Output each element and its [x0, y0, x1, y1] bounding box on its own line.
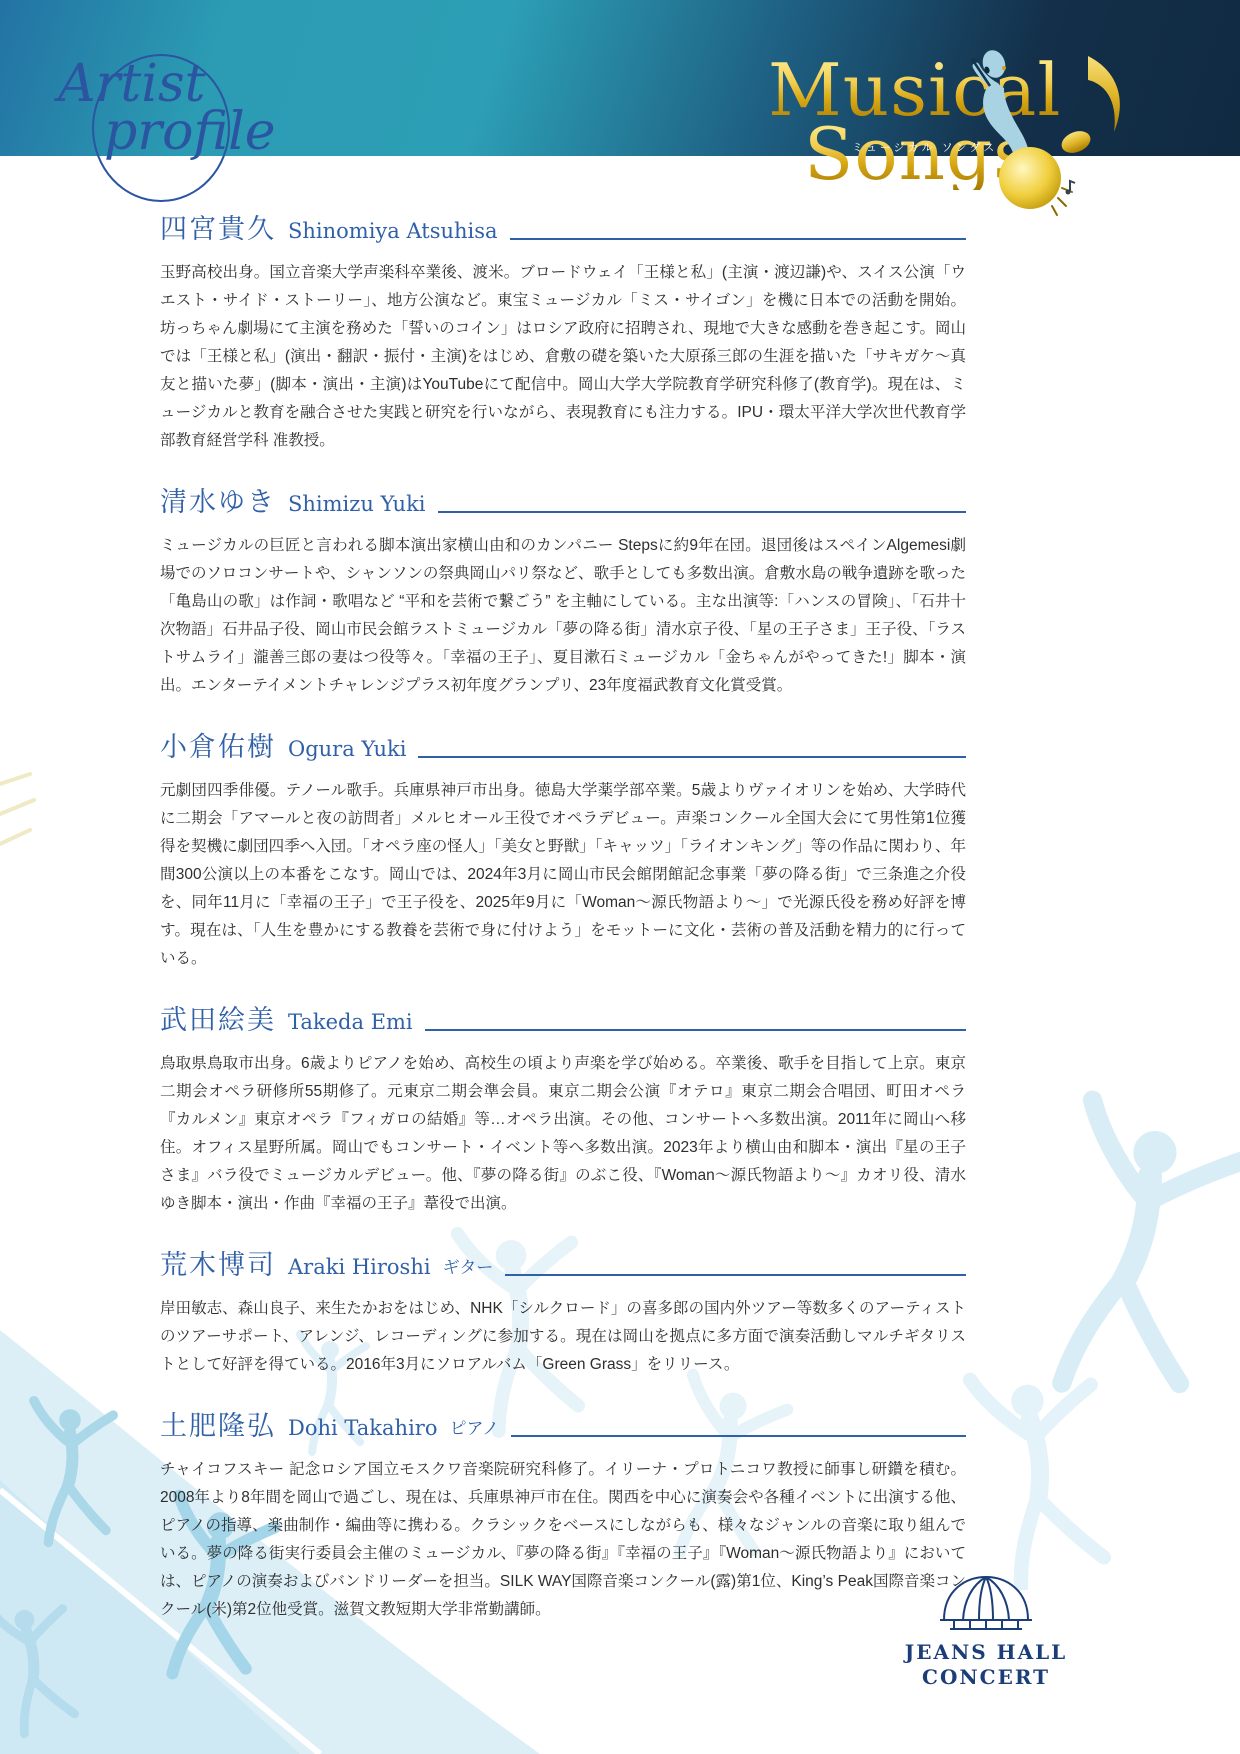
artist-name-ja: 清水ゆき [160, 489, 276, 516]
artist-name-ja: 荒木博司 [160, 1252, 276, 1279]
artist-name-en: Ogura Yuki [288, 739, 406, 761]
eighth-note-icon [1058, 56, 1120, 157]
artist-bio: 鳥取県鳥取市出身。6歳よりピアノを始め、高校生の頃より声楽を学び始める。卒業後、… [160, 1050, 966, 1218]
artist-role: ギター [443, 1260, 494, 1279]
artist-bio: チャイコフスキー 記念ロシア国立モスクワ音楽院研究科修了。イリーナ・プロトニコワ… [160, 1456, 966, 1624]
artist-bio: 元劇団四季俳優。テノール歌手。兵庫県神戸市出身。徳島大学薬学部卒業。5歳よりヴァ… [160, 777, 966, 973]
artist-profile-logo: Artist profile [0, 0, 330, 230]
venue-name-line2: CONCERT [898, 1665, 1074, 1690]
venue-logo: JEANS HALL CONCERT [898, 1572, 1074, 1690]
artist-section-araki: 荒木博司 Araki Hiroshi ギター 岸田敏志、森山良子、来生たかおをは… [160, 1252, 966, 1379]
artist-heading: 武田絵美 Takeda Emi [160, 1007, 966, 1034]
artist-list: 四宮貴久 Shinomiya Atsuhisa 玉野高校出身。国立音楽大学声楽科… [160, 216, 966, 1658]
singer-and-music-note-icon [930, 40, 1140, 220]
artist-heading: 荒木博司 Araki Hiroshi ギター [160, 1252, 966, 1279]
yellow-strokes-decor [0, 772, 40, 852]
artist-name-ja: 武田絵美 [160, 1007, 276, 1034]
artist-section-ogura: 小倉佑樹 Ogura Yuki 元劇団四季俳優。テノール歌手。兵庫県神戸市出身。… [160, 734, 966, 973]
artist-heading: 清水ゆき Shimizu Yuki [160, 489, 966, 516]
gold-ball-icon [999, 147, 1061, 209]
artist-name-ja: 土肥隆弘 [160, 1413, 276, 1440]
artist-name-en: Dohi Takahiro [288, 1418, 437, 1440]
venue-name-line1: JEANS HALL [898, 1640, 1074, 1665]
artist-profile-page: Artist profile Musical Songs ミュージカル ソングス [0, 0, 1240, 1754]
heading-rule [418, 756, 966, 758]
heading-rule [505, 1274, 966, 1276]
musical-songs-subtitle: ミュージカル ソングス [852, 139, 997, 155]
artist-bio: ミュージカルの巨匠と言われる脚本演出家横山由和のカンパニー Stepsに約9年在… [160, 532, 966, 700]
heading-rule [438, 511, 966, 513]
heading-rule [511, 1435, 966, 1437]
heading-rule [425, 1029, 966, 1031]
artist-section-shinomiya: 四宮貴久 Shinomiya Atsuhisa 玉野高校出身。国立音楽大学声楽科… [160, 216, 966, 455]
artist-name-en: Shimizu Yuki [288, 494, 426, 516]
artist-name-en: Araki Hiroshi [288, 1257, 431, 1279]
artist-section-shimizu: 清水ゆき Shimizu Yuki ミュージカルの巨匠と言われる脚本演出家横山由… [160, 489, 966, 700]
dancer-silhouettes-right-decor [930, 1050, 1240, 1590]
concert-hall-dome-icon [936, 1572, 1036, 1636]
artist-section-takeda: 武田絵美 Takeda Emi 鳥取県鳥取市出身。6歳よりピアノを始め、高校生の… [160, 1007, 966, 1218]
artist-bio: 岸田敏志、森山良子、来生たかおをはじめ、NHK「シルクロード」の喜多郎の国内外ツ… [160, 1295, 966, 1379]
artist-role: ピアノ [449, 1421, 499, 1440]
artist-profile-word2: profile [104, 106, 276, 158]
artist-heading: 小倉佑樹 Ogura Yuki [160, 734, 966, 761]
artist-name-en: Takeda Emi [288, 1012, 413, 1034]
tiny-note-icon [1066, 181, 1076, 195]
heading-rule [510, 238, 966, 240]
artist-section-dohi: 土肥隆弘 Dohi Takahiro ピアノ チャイコフスキー 記念ロシア国立モ… [160, 1413, 966, 1624]
artist-name-ja: 小倉佑樹 [160, 734, 276, 761]
artist-bio: 玉野高校出身。国立音楽大学声楽科卒業後、渡米。ブロードウェイ「王様と私」(主演・… [160, 259, 966, 455]
artist-heading: 土肥隆弘 Dohi Takahiro ピアノ [160, 1413, 966, 1440]
